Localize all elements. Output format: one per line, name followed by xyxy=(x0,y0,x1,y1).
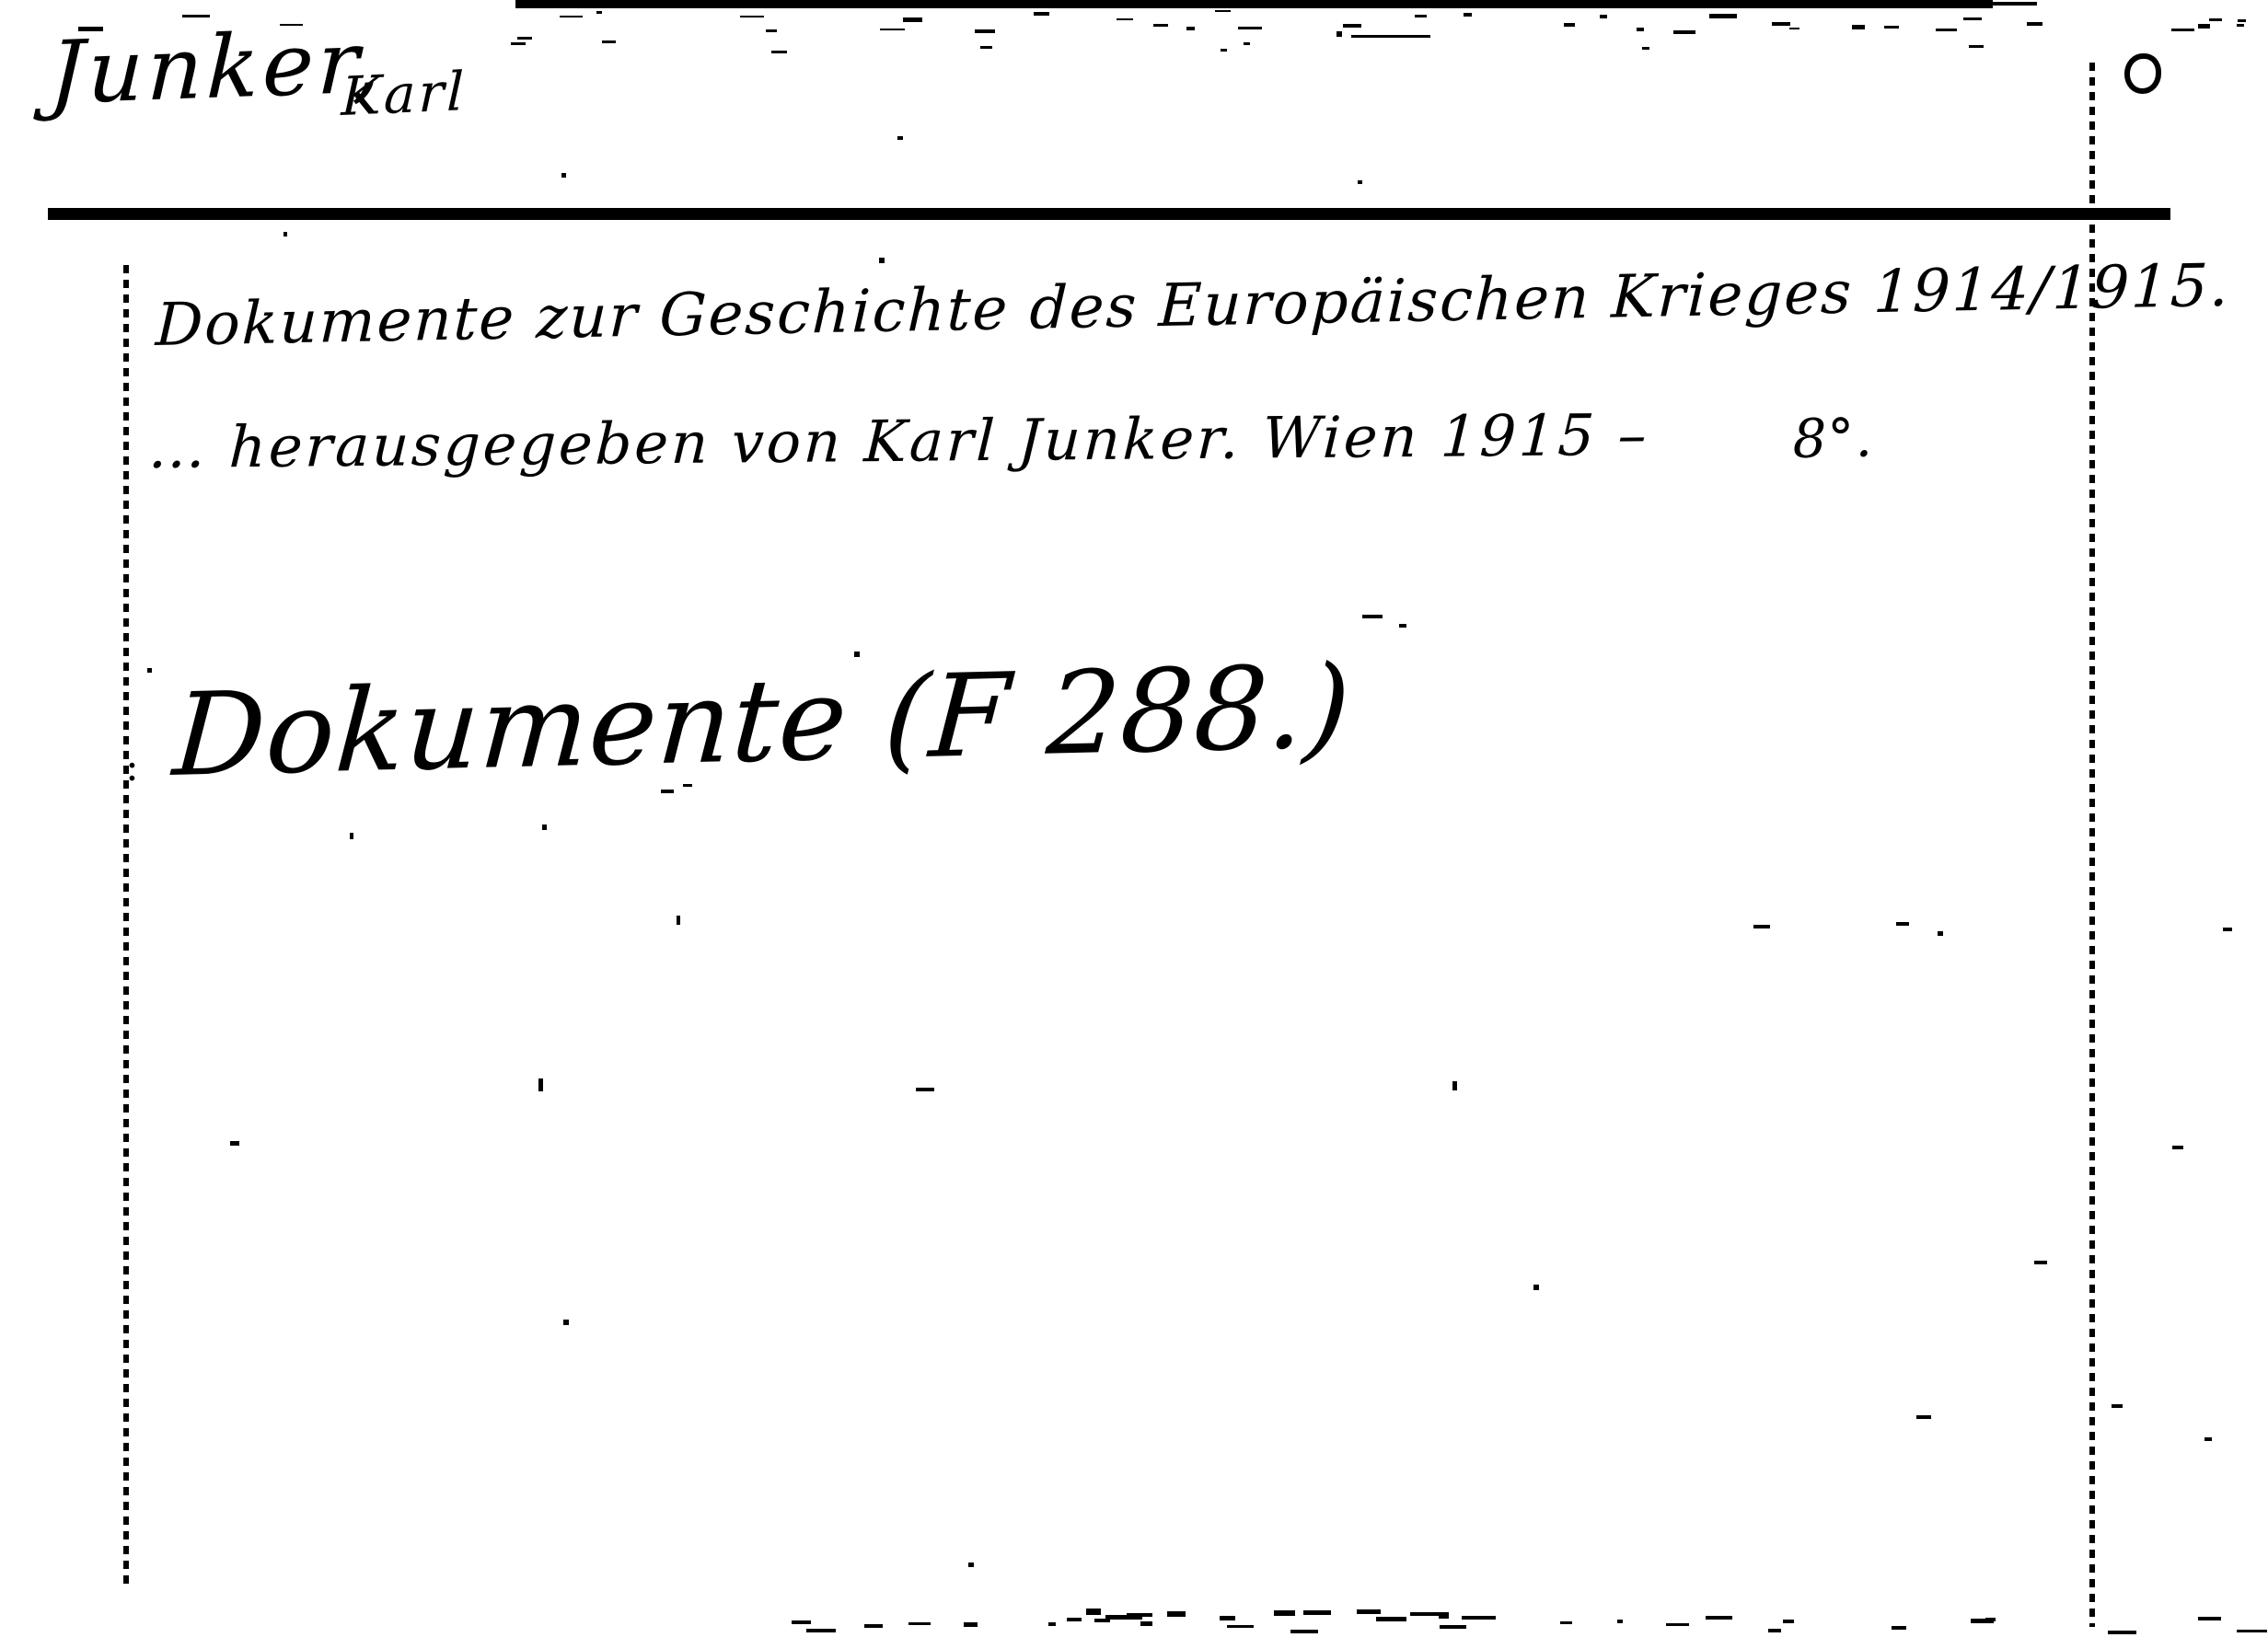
scan-speck xyxy=(903,17,923,21)
scan-speck xyxy=(78,27,103,31)
scan-speck xyxy=(1564,23,1575,27)
scan-speck xyxy=(1048,1622,1057,1626)
scan-speck xyxy=(740,16,763,17)
scan-speck xyxy=(230,1141,239,1146)
catalog-card: Junker, Karl Dokumente zur Geschichte de… xyxy=(0,0,2268,1649)
scan-speck xyxy=(1410,1612,1439,1616)
scan-speck xyxy=(980,46,993,49)
scan-speck xyxy=(2238,19,2246,22)
shelfmark-prefix-mark: : xyxy=(125,747,139,788)
scan-speck xyxy=(1768,1629,1780,1632)
scan-speck xyxy=(964,1622,978,1627)
imprint-line: … herausgegeben von Karl Junker. Wien 19… xyxy=(147,407,1650,477)
scan-speck xyxy=(1221,49,1226,52)
scan-speck xyxy=(1462,1616,1497,1620)
scan-speck xyxy=(897,136,903,140)
scan-speck xyxy=(880,29,905,31)
scan-speck xyxy=(1936,29,1957,31)
scan-speck xyxy=(2198,24,2210,29)
scan-speck xyxy=(350,833,353,839)
scan-speck xyxy=(1560,1621,1572,1625)
scan-speck xyxy=(2034,1261,2047,1264)
format-mark: 8°. xyxy=(1792,410,1873,466)
scan-speck xyxy=(879,258,885,263)
scan-speck xyxy=(1709,14,1737,18)
scan-speck xyxy=(908,1622,931,1625)
scan-speck xyxy=(1938,931,1943,936)
scan-speck xyxy=(2237,24,2244,27)
scan-speck xyxy=(2108,1631,2135,1634)
scan-speck xyxy=(1351,35,1430,38)
scan-speck xyxy=(1464,13,1473,17)
scan-speck xyxy=(182,15,210,17)
scan-speck xyxy=(766,29,777,33)
scan-speck xyxy=(1963,17,1982,21)
scan-speck xyxy=(1753,925,1770,928)
scan-speck xyxy=(1600,15,1607,17)
scan-speck xyxy=(1706,1616,1731,1619)
scan-speck xyxy=(596,11,601,14)
scan-speck xyxy=(2237,1630,2268,1632)
scan-speck xyxy=(1227,1625,1253,1628)
scan-speck xyxy=(561,173,566,178)
scan-speck xyxy=(1127,1613,1152,1618)
scan-speck xyxy=(2198,1617,2221,1621)
scan-speck xyxy=(683,784,692,787)
scan-speck xyxy=(560,16,582,17)
scan-speck xyxy=(677,916,680,925)
scan-speck xyxy=(1789,28,1799,29)
scan-speck xyxy=(1153,24,1167,27)
scan-speck xyxy=(1067,1618,1082,1621)
scan-speck xyxy=(1357,1609,1381,1613)
scan-speck xyxy=(1617,1620,1623,1623)
scan-speck xyxy=(1290,1630,1318,1633)
scan-speck xyxy=(2223,928,2232,931)
scan-speck xyxy=(1637,28,1644,32)
scan-speck xyxy=(1140,1621,1152,1626)
scan-speck xyxy=(1399,624,1406,628)
scan-speck xyxy=(1244,42,1249,45)
scan-speck xyxy=(1969,45,1984,48)
scan-speck xyxy=(1343,24,1361,28)
header-rule xyxy=(48,208,2170,220)
scan-speck xyxy=(854,652,860,657)
scan-speck xyxy=(1336,31,1342,37)
scan-speck xyxy=(1362,615,1383,618)
scan-speck xyxy=(1358,180,1362,184)
scan-speck xyxy=(538,1078,543,1091)
left-dotted-border xyxy=(123,265,129,1585)
corner-ring-mark xyxy=(2124,53,2161,94)
scan-speck xyxy=(864,1624,884,1628)
scan-speck xyxy=(1274,1610,1295,1616)
scan-speck xyxy=(1896,922,1909,926)
scan-speck xyxy=(968,1563,974,1567)
scan-speck xyxy=(1238,27,1261,29)
scan-speck xyxy=(511,42,526,45)
scan-speck xyxy=(2209,18,2222,21)
scan-speck xyxy=(280,24,304,27)
scan-speck xyxy=(661,790,674,793)
top-edge-scan-band xyxy=(515,0,1993,8)
heading-forename: Karl xyxy=(341,64,468,123)
scan-speck xyxy=(1220,1616,1235,1620)
scan-speck xyxy=(517,37,532,40)
scan-speck xyxy=(1852,25,1865,29)
scan-speck xyxy=(1440,1625,1466,1629)
scan-speck xyxy=(916,1088,934,1091)
scan-speck xyxy=(1186,27,1194,30)
scan-speck xyxy=(602,40,615,43)
scan-speck xyxy=(1034,12,1049,15)
scan-speck xyxy=(1167,1611,1186,1617)
shelfmark-line: Dokumente (F 288.) xyxy=(170,651,1354,793)
scan-speck xyxy=(2172,1146,2183,1149)
scan-speck xyxy=(1892,1626,1906,1630)
scan-speck xyxy=(1439,1612,1449,1619)
scan-speck xyxy=(563,1320,569,1325)
scan-speck xyxy=(1086,1609,1101,1614)
scan-speck xyxy=(2171,29,2194,31)
scan-speck xyxy=(1376,1617,1406,1620)
scan-speck xyxy=(1985,1618,1996,1621)
scan-speck xyxy=(542,824,547,830)
scan-speck xyxy=(1415,15,1427,17)
scan-speck xyxy=(283,232,287,236)
scan-speck xyxy=(2204,1437,2212,1441)
scan-speck xyxy=(1303,1610,1332,1615)
scan-speck xyxy=(975,29,995,33)
title-line: Dokumente zur Geschichte des Europäische… xyxy=(155,257,2231,355)
scan-speck xyxy=(771,51,787,53)
scan-speck xyxy=(1215,10,1231,12)
scan-speck xyxy=(1916,1415,1931,1419)
scan-speck xyxy=(2112,1404,2123,1408)
scan-speck xyxy=(806,1629,836,1632)
scan-speck xyxy=(1533,1285,1539,1290)
scan-speck xyxy=(1673,30,1695,34)
scan-speck xyxy=(147,668,152,673)
scan-speck xyxy=(1642,47,1649,50)
scan-speck xyxy=(792,1620,811,1624)
scan-speck xyxy=(1666,1623,1689,1627)
scan-speck xyxy=(1452,1081,1457,1090)
scan-speck xyxy=(1783,1620,1793,1623)
scan-speck xyxy=(1772,22,1790,26)
scan-speck xyxy=(1117,18,1133,21)
heading-surname: Junker, xyxy=(48,19,386,118)
scan-speck xyxy=(2027,22,2042,26)
top-edge-scan-band-tail xyxy=(1993,2,2037,6)
scan-speck xyxy=(1884,26,1899,29)
